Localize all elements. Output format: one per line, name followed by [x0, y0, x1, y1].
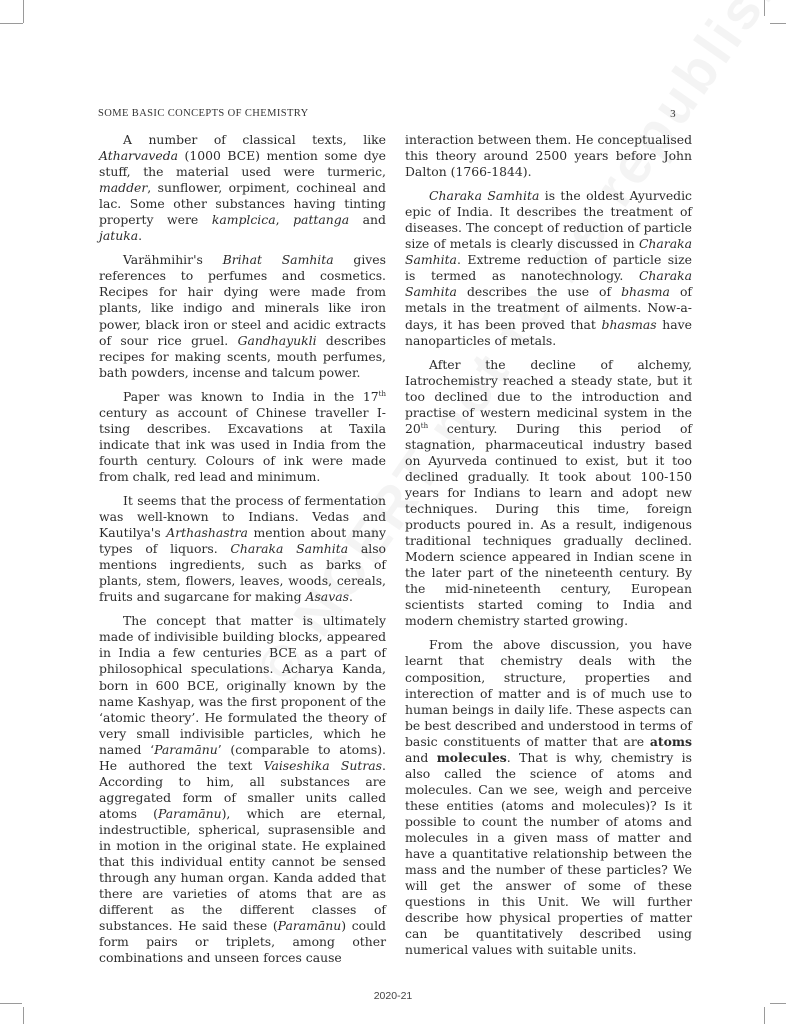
- italic-term: Charaka Samhita: [429, 188, 539, 203]
- paragraph: After the decline of alchemy, Iatrochemi…: [405, 357, 692, 630]
- italic-term: Vaiseshika Sutras: [264, 758, 382, 773]
- text-run: A number of classical texts, like: [123, 132, 386, 147]
- italic-term: Arthashastra: [166, 525, 248, 540]
- crop-mark-bottom-right-v: [764, 1007, 765, 1024]
- superscript: th: [379, 390, 386, 398]
- italic-term: kamplcica: [212, 212, 276, 227]
- italic-term: Brihat Samhita: [223, 252, 334, 267]
- crop-mark-bottom-right-h: [770, 1003, 786, 1004]
- crop-mark-top-left-v: [23, 0, 24, 23]
- crop-mark-top-left-h: [0, 23, 23, 24]
- text-run: describes the use of: [457, 284, 621, 299]
- text-run: century. During this period of stagnatio…: [405, 421, 692, 629]
- page-number: 3: [670, 108, 676, 120]
- paragraph: A number of classical texts, like Atharv…: [99, 132, 386, 244]
- italic-term: Asavas: [306, 589, 349, 604]
- text-run: .: [138, 228, 142, 243]
- text-run: ,: [276, 212, 294, 227]
- crop-mark-bottom-left-h: [0, 1003, 22, 1004]
- italic-term: jatuka: [99, 228, 138, 243]
- text-run: The concept that matter is ultimately ma…: [99, 613, 386, 756]
- italic-term: Charaka Samhita: [230, 541, 348, 556]
- text-run: and: [405, 750, 437, 765]
- running-header: SOME BASIC CONCEPTS OF CHEMISTRY 3: [98, 108, 676, 119]
- text-run: and: [349, 212, 386, 227]
- paragraph: Varähmihir's Brihat Samhita gives refere…: [99, 252, 386, 380]
- paragraph: From the above discussion, you have lear…: [405, 637, 692, 958]
- italic-term: pattanga: [293, 212, 349, 227]
- italic-term: Atharvaveda: [99, 148, 178, 163]
- italic-term: Paramānu: [278, 918, 342, 933]
- running-title: SOME BASIC CONCEPTS OF CHEMISTRY: [98, 108, 309, 119]
- superscript: th: [421, 422, 428, 430]
- text-run: .: [349, 589, 353, 604]
- bold-term: atoms: [650, 734, 692, 749]
- text-run: From the above discussion, you have lear…: [405, 637, 692, 748]
- text-run: Varähmihir's: [123, 252, 223, 267]
- text-run: century as account of Chinese traveller …: [99, 405, 386, 484]
- paragraph: Paper was known to India in the 17th cen…: [99, 389, 386, 485]
- footer-edition: 2020-21: [0, 990, 786, 1002]
- italic-term: bhasmas: [602, 317, 657, 332]
- text-run: interaction between them. He conceptuali…: [405, 132, 692, 179]
- paragraph: It seems that the process of fermentatio…: [99, 493, 386, 605]
- crop-mark-top-right-v: [764, 0, 765, 16]
- italic-term: Paramānu: [154, 742, 218, 757]
- text-run: Paper was known to India in the 17: [123, 389, 379, 404]
- italic-term: Paramānu: [158, 806, 222, 821]
- italic-term: madder: [99, 180, 147, 195]
- paragraph: Charaka Samhita is the oldest Ayurvedic …: [405, 188, 692, 348]
- bold-term: molecules: [437, 750, 507, 765]
- paragraph: The concept that matter is ultimately ma…: [99, 613, 386, 966]
- paragraph: interaction between them. He conceptuali…: [405, 132, 692, 180]
- crop-mark-top-right-h: [770, 23, 786, 24]
- right-column: interaction between them. He conceptuali…: [405, 132, 692, 966]
- italic-term: Gandhayukli: [238, 333, 317, 348]
- italic-term: bhasma: [621, 284, 670, 299]
- left-column: A number of classical texts, like Atharv…: [99, 132, 386, 974]
- crop-mark-bottom-left-v: [23, 1007, 24, 1024]
- text-run: ), which are eternal, indestructible, sp…: [99, 806, 386, 933]
- text-run: . That is why, chemistry is also called …: [405, 750, 692, 958]
